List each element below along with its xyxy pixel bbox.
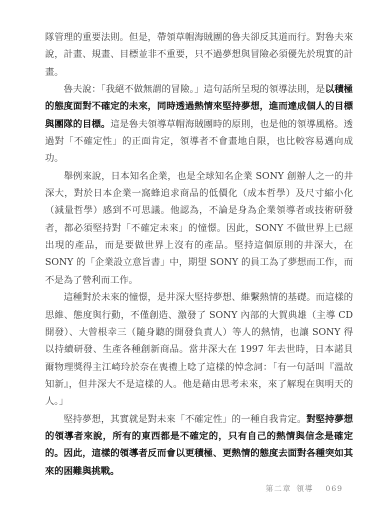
chapter-title: 領導 <box>296 483 313 494</box>
chapter-label: 第二章 <box>266 483 292 494</box>
body-text: 隊管理的重要法則。但是，帶領草帽海賊團的魯夫卻反其道而行。對魯夫來說，計畫、規畫… <box>45 32 353 78</box>
body-text: 這種對於未來的憧憬，是井深大堅持夢想、維繫熱情的基礎。而這樣的思維、態度與行動，… <box>45 292 353 407</box>
paragraph: 舉例來說，日本知名企業，也是全球知名企業 SONY 創辦人之一的井深大，對於日本… <box>45 168 353 289</box>
page-number: 069 <box>326 484 344 493</box>
body-text: 魯夫說：「我絕不做無謂的冒險。」這句話所呈現的領導法則，是 <box>64 84 325 95</box>
paragraph: 堅持夢想，其實就是對未來「不確定性」的一種自我肯定。對堅持夢想的領導者來說，所有… <box>45 411 353 480</box>
page-footer: 第二章 領導 069 <box>266 483 343 494</box>
paragraph: 隊管理的重要法則。但是，帶領草帽海賊團的魯夫卻反其道而行。對魯夫來說，計畫、規畫… <box>45 29 353 81</box>
body-text: 舉例來說，日本知名企業，也是全球知名企業 SONY 創辦人之一的井深大，對於日本… <box>45 171 353 286</box>
book-page: 隊管理的重要法則。但是，帶領草帽海賊團的魯夫卻反其道而行。對魯夫來說，計畫、規畫… <box>0 0 390 528</box>
paragraph: 魯夫說：「我絕不做無謂的冒險。」這句話所呈現的領導法則，是以積極的態度面對不確定… <box>45 81 353 168</box>
body-text: 堅持夢想，其實就是對未來「不確定性」的一種自我肯定。 <box>64 414 307 425</box>
body-text-block: 隊管理的重要法則。但是，帶領草帽海賊團的魯夫卻反其道而行。對魯夫來說，計畫、規畫… <box>45 29 353 480</box>
paragraph: 這種對於未來的憧憬，是井深大堅持夢想、維繫熱情的基礎。而這樣的思維、態度與行動，… <box>45 289 353 410</box>
running-head: 第二章 領導 <box>266 483 314 494</box>
